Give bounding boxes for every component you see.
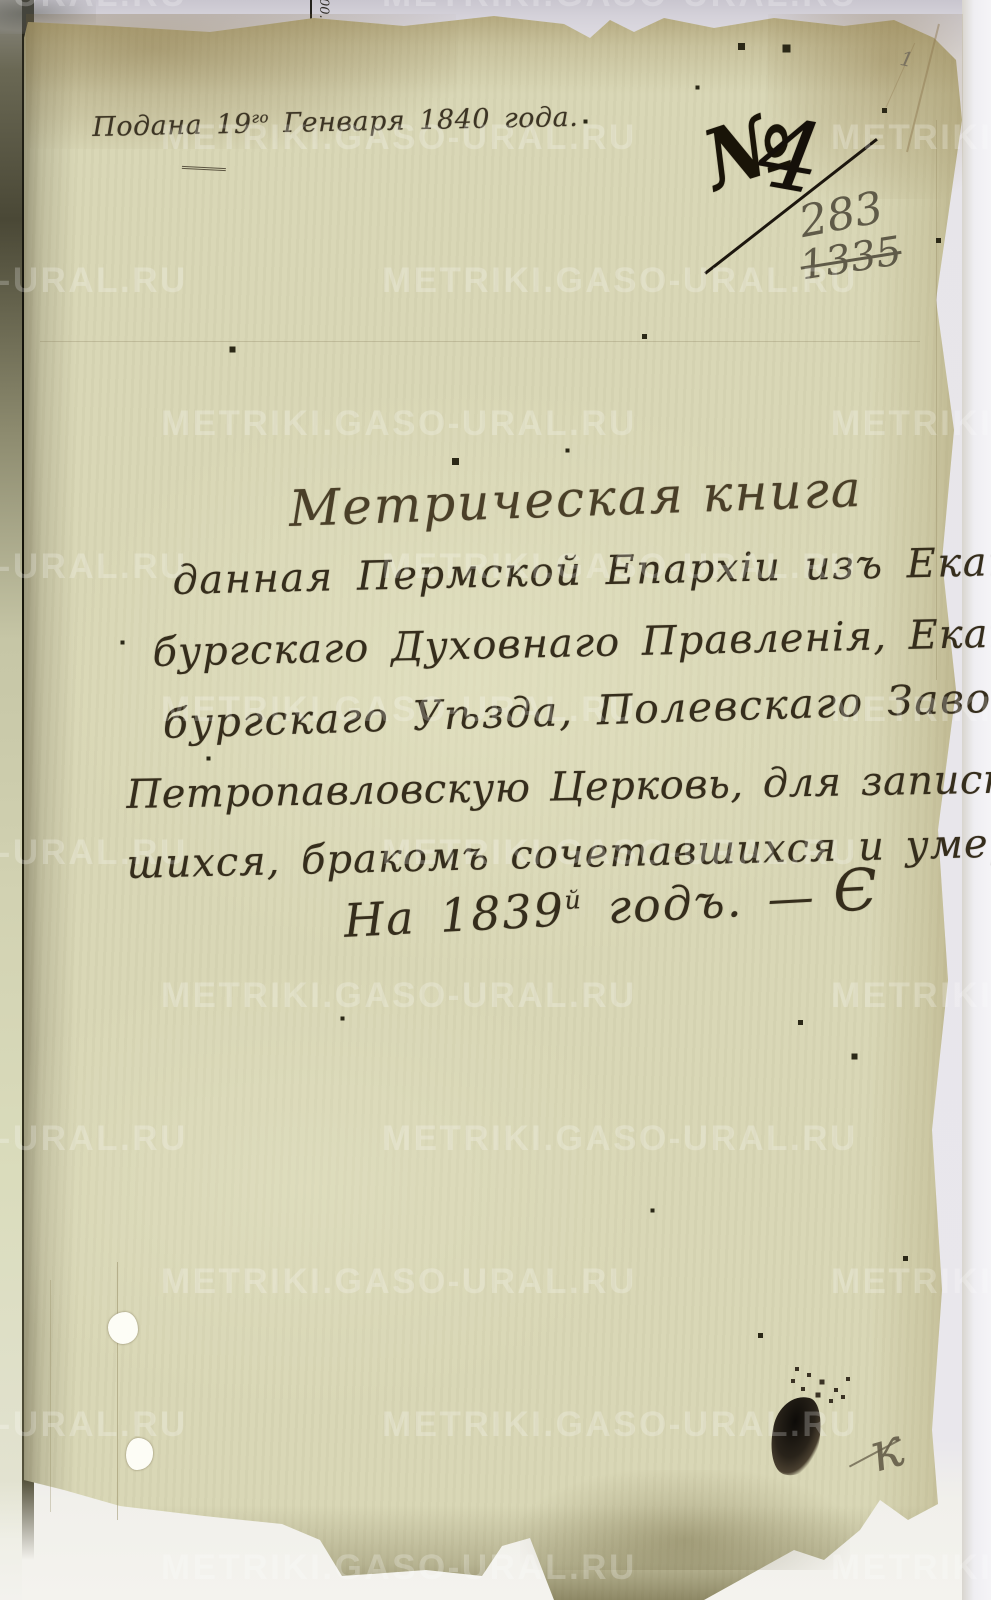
year-line-superscript: й	[564, 885, 584, 915]
scanned-manuscript-page: 00. Подана 19го Генваря 1840 года. № 4 2…	[0, 0, 991, 1600]
submission-note-superscript: го	[251, 108, 269, 126]
year-line-text: На 1839	[343, 882, 567, 948]
foxing-specks	[0, 0, 1, 1]
watermark-text: METRIKI.GASO-URAL.RU	[382, 0, 858, 15]
adjacent-page-edge	[0, 0, 22, 1600]
year-line-rest: годъ. —	[582, 869, 817, 935]
submission-note-text: Подана 19	[92, 109, 252, 143]
worm-hole	[108, 1312, 138, 1344]
year-line-flourish: Є	[831, 856, 880, 925]
top-edge-mark: 00.	[316, 0, 331, 19]
ink-blot-spray	[790, 1358, 792, 1360]
submission-note-rest: Генваря 1840 года.	[269, 102, 579, 139]
